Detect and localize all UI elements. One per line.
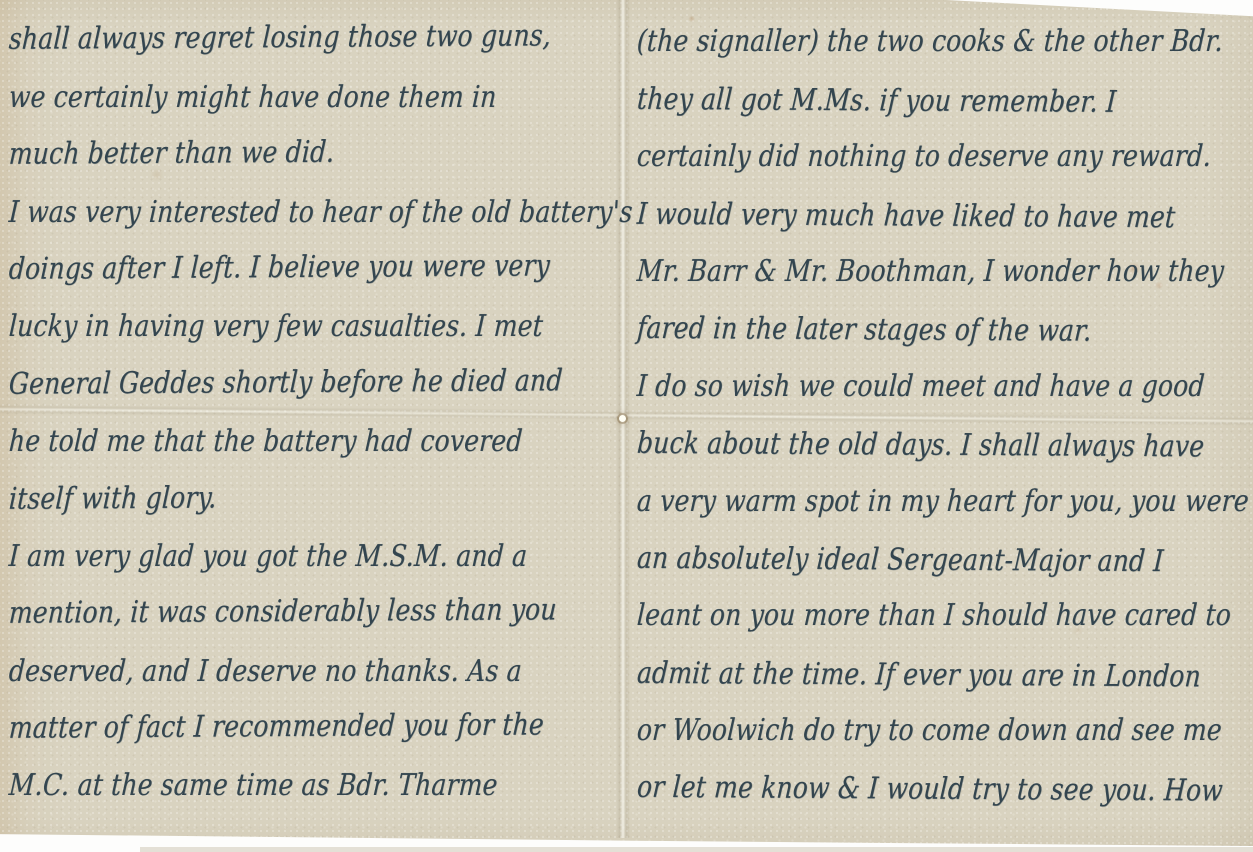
handwritten-line: deserved, and I deserve no thanks. As a <box>8 637 620 694</box>
page-edge-sliver <box>140 847 1253 852</box>
handwritten-line: shall always regret losing those two gun… <box>8 6 620 63</box>
handwritten-line: lucky in having very few casualties. I m… <box>8 293 620 350</box>
handwritten-line: they all got M.Ms. if you remember. I <box>636 65 1250 122</box>
handwritten-line: General Geddes shortly before he died an… <box>8 350 620 407</box>
handwritten-line: an absolutely ideal Sergeant-Major and I <box>636 525 1250 582</box>
handwritten-line: (the signaller) the two cooks & the othe… <box>636 8 1250 65</box>
pinhole <box>619 415 626 422</box>
handwritten-line: I was very interested to hear of the old… <box>8 178 620 235</box>
handwritten-line: fared in the later stages of the war. <box>636 295 1250 352</box>
handwritten-line: itself with glory. <box>8 465 620 522</box>
handwritten-line: I would very much have liked to have met <box>636 180 1250 237</box>
handwritten-line: or Woolwich do try to come down and see … <box>636 697 1250 754</box>
handwritten-line: I am very glad you got the M.S.M. and a <box>8 523 620 580</box>
handwritten-line: leant on you more than I should have car… <box>636 582 1250 639</box>
handwritten-line: mention, it was considerably less than y… <box>8 580 620 637</box>
handwritten-line: much better than we did. <box>8 121 620 178</box>
handwritten-line: I do so wish we could meet and have a go… <box>636 352 1250 409</box>
handwritten-line: we certainly might have done them in <box>8 63 620 120</box>
handwritten-line: a very warm spot in my heart for you, yo… <box>636 467 1250 524</box>
handwritten-line: M.C. at the same time as Bdr. Tharme <box>8 752 620 809</box>
handwritten-line: Mr. Barr & Mr. Boothman, I wonder how th… <box>636 238 1250 295</box>
handwritten-line: he told me that the battery had covered <box>8 408 620 465</box>
handwritten-line: admit at the time. If ever you are in Lo… <box>636 639 1250 696</box>
handwritten-line: doings after I left. I believe you were … <box>8 236 620 293</box>
letter-page-right: (the signaller) the two cooks & the othe… <box>636 8 1250 811</box>
letter-page-left: shall always regret losing those two gun… <box>8 6 620 809</box>
letter-scan: shall always regret losing those two gun… <box>0 0 1253 852</box>
handwritten-line: or let me know & I would try to see you.… <box>636 754 1250 811</box>
handwritten-line: certainly did nothing to deserve any rew… <box>636 123 1250 180</box>
handwritten-line: buck about the old days. I shall always … <box>636 410 1250 467</box>
handwritten-line: matter of fact I recommended you for the <box>8 695 620 752</box>
